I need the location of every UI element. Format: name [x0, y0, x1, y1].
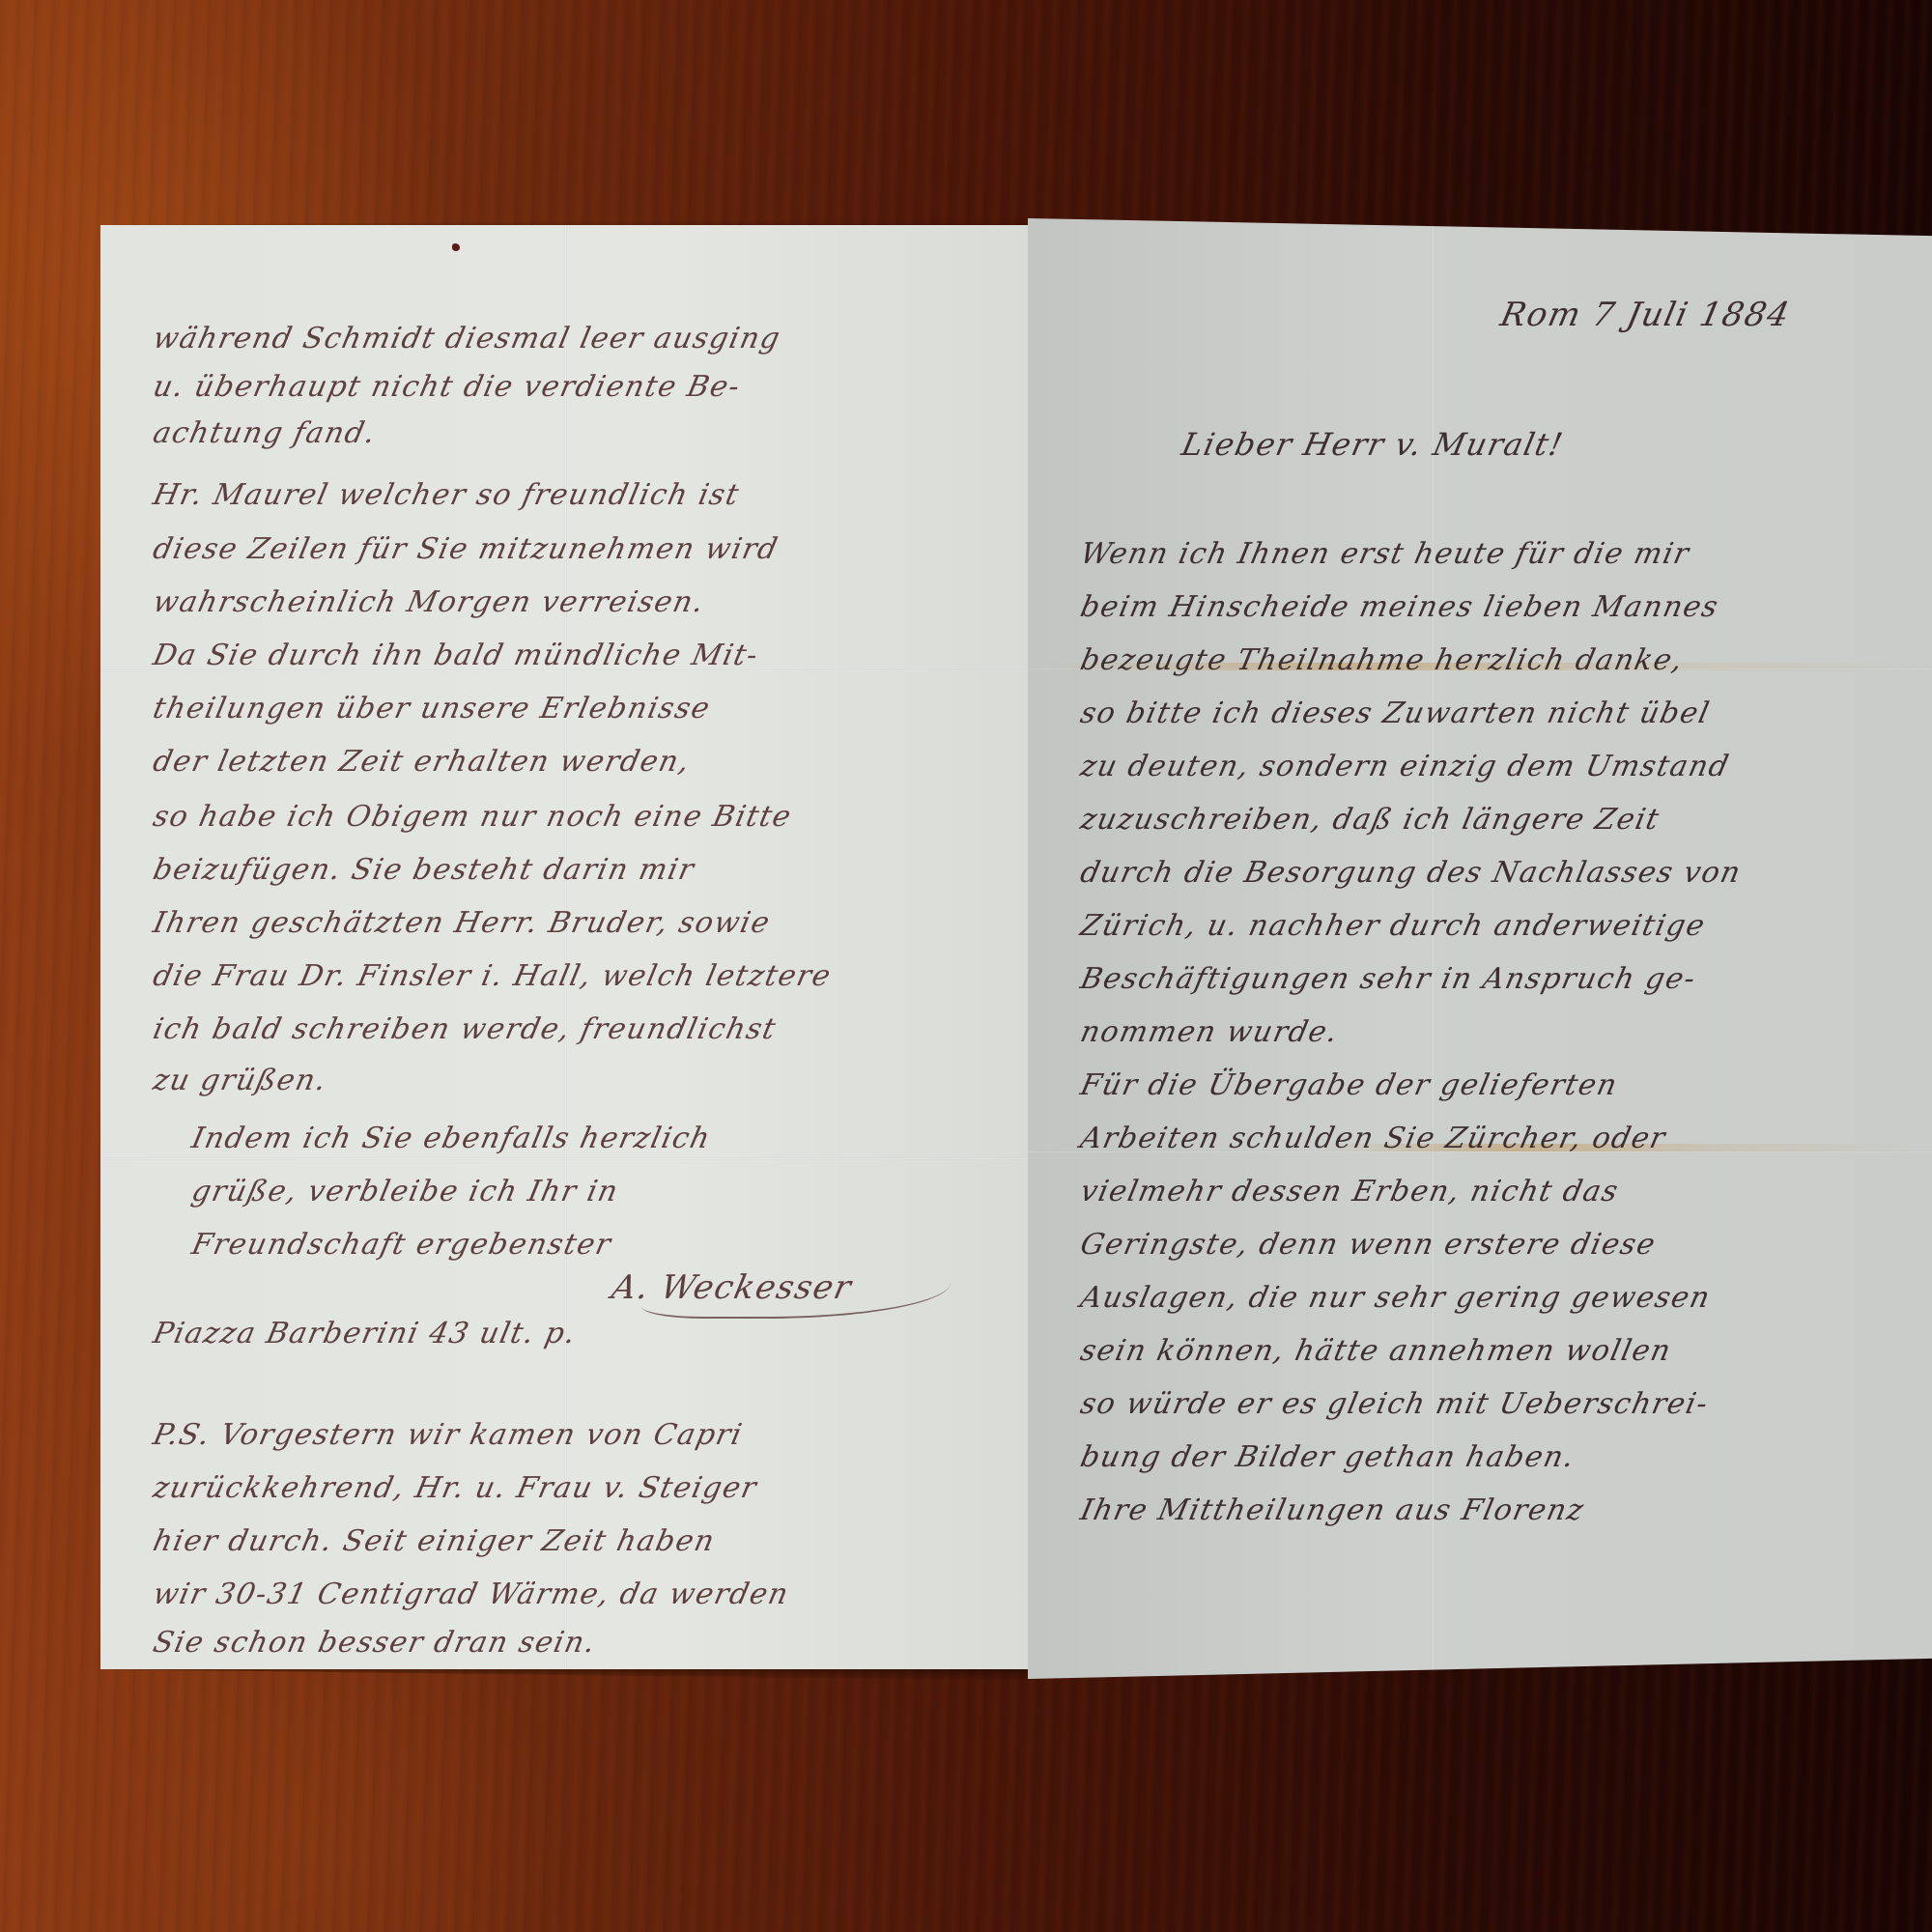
letter-line: so habe ich Obigem nur noch eine Bitte [150, 800, 795, 834]
postscript-line: wir 30-31 Centigrad Wärme, da werden [150, 1577, 792, 1611]
letter-page-left: während Schmidt diesmal leer ausging u. … [100, 225, 1030, 1669]
letter-line: so bitte ich dieses Zuwarten nicht übel [1077, 696, 1713, 730]
letter-line: zuzuschreiben, daß ich längere Zeit [1077, 803, 1662, 837]
letter-line: während Schmidt diesmal leer ausging [150, 322, 783, 355]
letter-line: Arbeiten schulden Sie Zürcher, oder [1077, 1122, 1669, 1155]
letter-line: Auslagen, die nur sehr gering gewesen [1077, 1281, 1714, 1315]
sender-address: Piazza Barberini 43 ult. p. [150, 1317, 580, 1350]
letter-line: Hr. Maurel welcher so freundlich ist [150, 478, 743, 512]
letter-line: sein können, hätte annehmen wollen [1077, 1334, 1674, 1368]
letter-line: Ihren geschätzten Herr. Bruder, sowie [150, 906, 774, 940]
letter-line: ich bald schreiben werde, freundlichst [150, 1012, 780, 1046]
letter-salutation: Lieber Herr v. Muralt! [1179, 426, 1567, 463]
postscript-line: P.S. Vorgestern wir kamen von Capri [150, 1418, 746, 1452]
letter-line: bung der Bilder gethan haben. [1077, 1440, 1578, 1474]
letter-line: nommen wurde. [1077, 1015, 1342, 1049]
letter-line: Geringste, denn wenn erstere diese [1077, 1228, 1659, 1262]
letter-line: Ihre Mittheilungen aus Florenz [1077, 1493, 1587, 1527]
letter-line: Zürich, u. nachher durch anderweitige [1077, 909, 1709, 943]
letter-line: achtung fand. [150, 416, 379, 450]
letter-line: so würde er es gleich mit Ueberschrei- [1077, 1387, 1712, 1421]
letter-line: durch die Besorgung des Nachlasses von [1077, 856, 1745, 890]
postscript-line: Sie schon besser dran sein. [150, 1626, 599, 1660]
letter-line: Da Sie durch ihn bald mündliche Mit- [150, 639, 761, 672]
letter-line: u. überhaupt nicht die verdiente Be- [150, 370, 744, 404]
letter-line: beim Hinscheide meines lieben Mannes [1077, 590, 1721, 624]
letter-line: der letzten Zeit erhalten werden, [150, 745, 694, 779]
postscript-line: hier durch. Seit einiger Zeit haben [150, 1524, 718, 1558]
signature-flourish [641, 1259, 951, 1319]
letter-line: Beschäftigungen sehr in Anspruch ge- [1077, 962, 1699, 996]
letter-line: Für die Übergabe der gelieferten [1077, 1068, 1621, 1102]
letter-date: Rom 7 Juli 1884 [1497, 296, 1794, 334]
letter-line: die Frau Dr. Finsler i. Hall, welch letz… [150, 959, 835, 993]
paper-fold-line [564, 225, 567, 1669]
letter-line: vielmehr dessen Erben, nicht das [1077, 1175, 1622, 1208]
letter-line: zu grüßen. [150, 1064, 330, 1097]
letter-page-right: Rom 7 Juli 1884 Lieber Herr v. Muralt! W… [1028, 218, 1932, 1679]
letter-line: Freundschaft ergebenster [188, 1228, 614, 1262]
letter-line: grüße, verbleibe ich Ihr in [188, 1175, 622, 1208]
letter-line: bezeugte Theilnahme herzlich danke, [1077, 643, 1687, 677]
letter-line: beizufügen. Sie besteht darin mir [150, 853, 697, 887]
letter-line: Wenn ich Ihnen erst heute für die mir [1077, 537, 1692, 571]
letter-line: Indem ich Sie ebenfalls herzlich [188, 1122, 714, 1155]
letter-line: diese Zeilen für Sie mitzunehmen wird [150, 532, 781, 566]
paper-hole-mark [452, 243, 460, 251]
postscript-line: zurückkehrend, Hr. u. Frau v. Steiger [150, 1471, 760, 1505]
letter-line: zu deuten, sondern einzig dem Umstand [1077, 750, 1732, 783]
letter-line: wahrscheinlich Morgen verreisen. [150, 585, 707, 619]
letter-line: theilungen über unsere Erlebnisse [150, 692, 714, 725]
